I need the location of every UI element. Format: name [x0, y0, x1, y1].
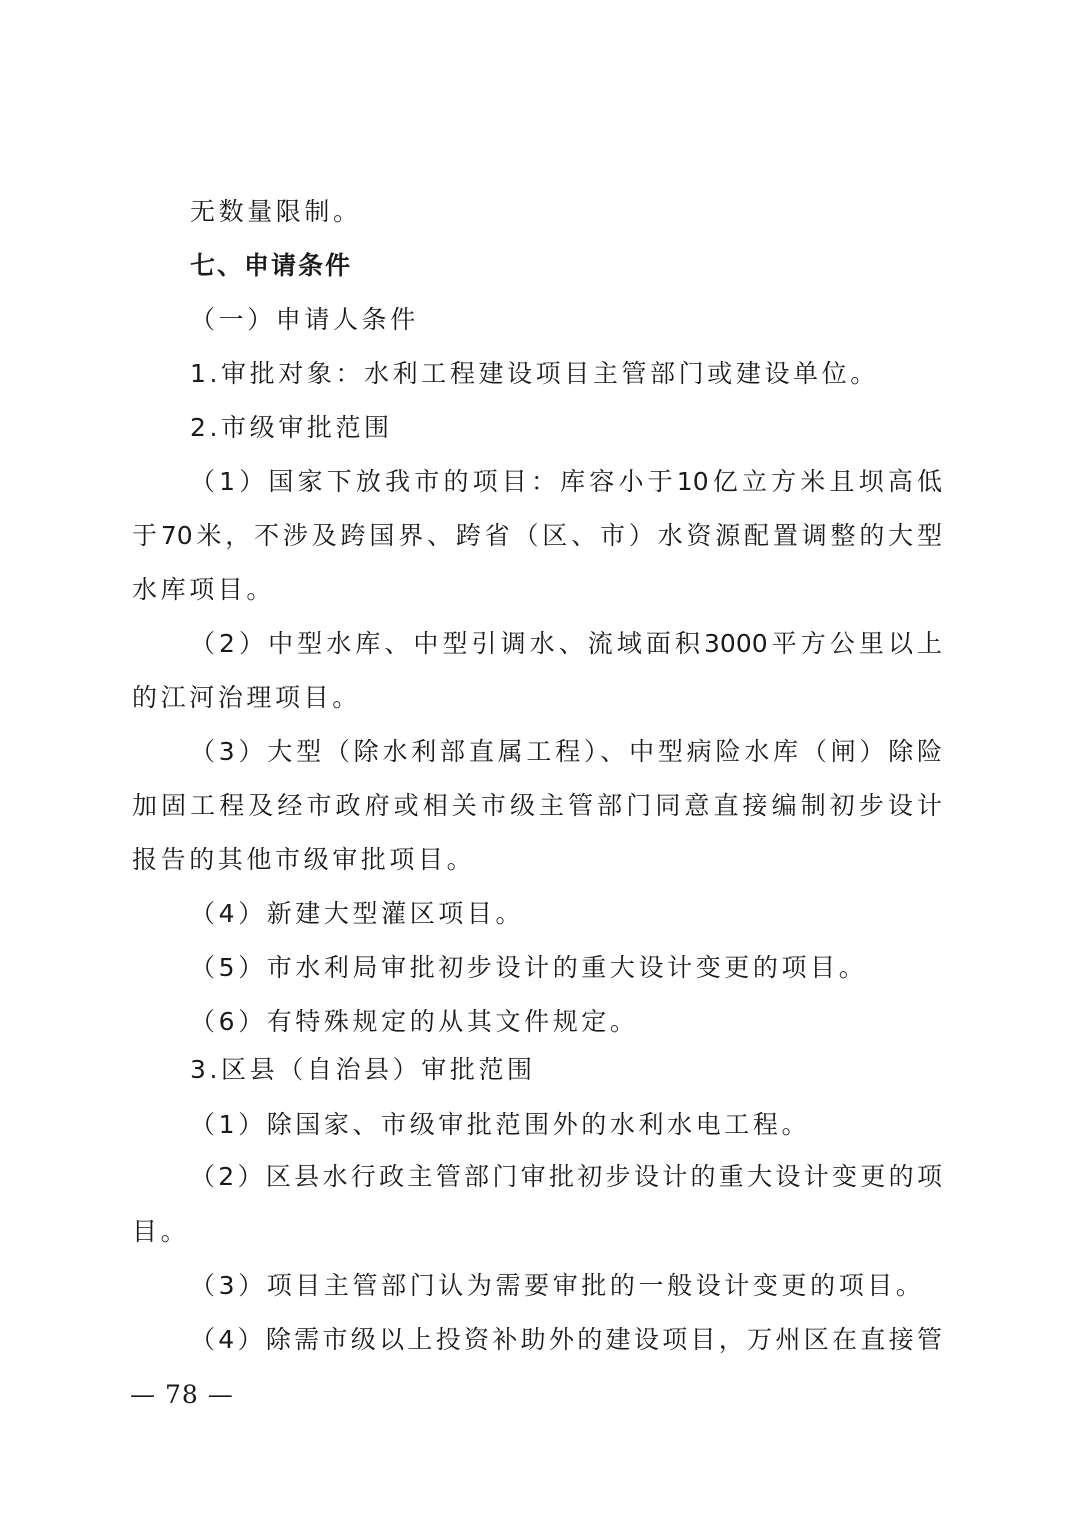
paragraph-line: （3）项目主管部门认为需要审批的一般设计变更的项目。 [190, 1269, 925, 1303]
paragraph-line: 1.审批对象：水利工程建设项目主管部门或建设单位。 [190, 357, 879, 391]
paragraph-line: （1）除国家、市级审批范围外的水利水电工程。 [190, 1108, 810, 1142]
paragraph-line: （5）市水利局审批初步设计的重大设计变更的项目。 [190, 951, 867, 985]
paragraph-line: 无数量限制。 [190, 195, 362, 229]
paragraph-line: （2）区县水行政主管部门审批初步设计的重大设计变更的项 [190, 1160, 942, 1194]
paragraph-line: 于70米，不涉及跨国界、跨省（区、市）水资源配置调整的大型 [132, 519, 942, 553]
paragraph-line: 目。 [132, 1215, 189, 1249]
subsection-heading: （一）申请人条件 [190, 303, 419, 337]
paragraph-line: （4）新建大型灌区项目。 [190, 897, 524, 931]
paragraph-line: （2）中型水库、中型引调水、流域面积3000平方公里以上 [190, 627, 942, 661]
section-heading: 七、申请条件 [190, 249, 352, 283]
paragraph-line: 加固工程及经市政府或相关市级主管部门同意直接编制初步设计 [132, 789, 942, 823]
paragraph-line: （6）有特殊规定的从其文件规定。 [190, 1005, 639, 1039]
paragraph-line: （4）除需市级以上投资补助外的建设项目，万州区在直接管 [190, 1323, 942, 1357]
paragraph-line: 的江河治理项目。 [132, 681, 361, 715]
page-number: — 78 — [130, 1380, 234, 1410]
item-heading: 3.区县（自治县）审批范围 [190, 1053, 536, 1087]
paragraph-line: 报告的其他市级审批项目。 [132, 843, 475, 877]
item-heading: 2.市级审批范围 [190, 411, 393, 445]
paragraph-line: 水库项目。 [132, 573, 275, 607]
paragraph-line: （1）国家下放我市的项目：库容小于10亿立方米且坝高低 [190, 465, 942, 499]
paragraph-line: （3）大型（除水利部直属工程）、中型病险水库（闸）除险 [190, 735, 942, 769]
